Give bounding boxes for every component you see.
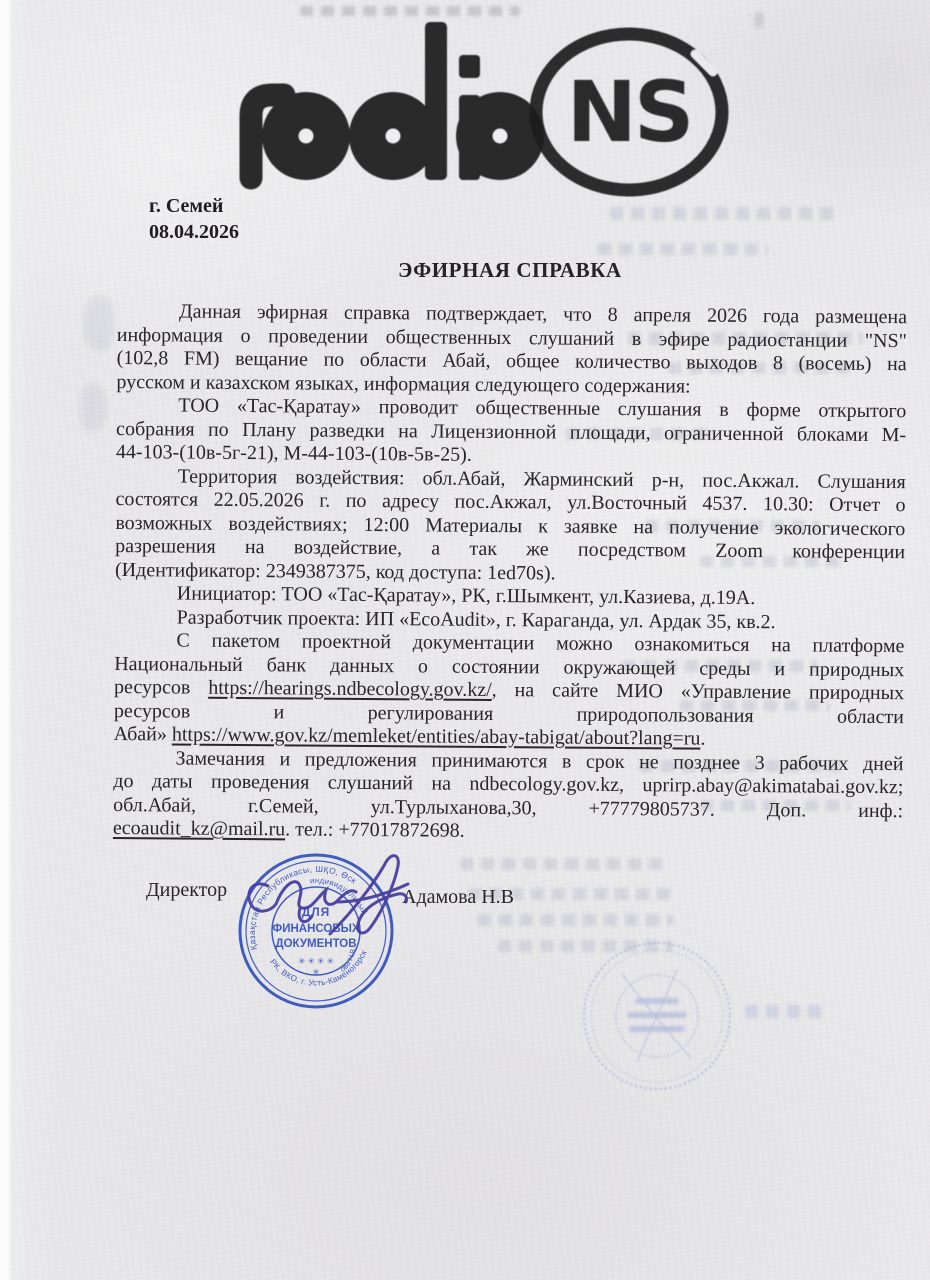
doc-header: г. Семей 08.04.2026 [149,193,239,245]
text-segment: . [700,728,705,750]
bleedthrough-smudge [84,296,114,351]
text-segment: Разработчик проекта: ИП «EcoAudit», г. К… [177,606,776,633]
bleedthrough-stamp-illegible-text [627,998,687,1032]
bleedthrough-stamp [577,936,737,1101]
radio-wordmark [251,22,544,180]
stamp-star: ✳ [312,967,319,977]
text-segment: Инициатор: ТОО «Тас-Қаратау», РК, г.Шымк… [177,582,756,609]
ns-badge-text: NS [567,63,692,161]
radio-ns-logo-svg: NS [200,10,740,220]
bleedthrough-smudge [80,384,106,432]
link-text[interactable]: https://hearings.ndbecology.gov.kz/ [208,677,492,701]
stamp-stars: ✳ ✳ ✳ ✳ [298,956,334,966]
doc-title: ЭФИРНАЯ СПРАВКА [115,258,905,283]
text-segment: русском и казахском языках, информация с… [116,371,690,398]
scan-edge-shadow [0,0,22,1280]
signoff-role: Директор [146,879,227,902]
doc-city: г. Семей [149,193,239,219]
bleedthrough-smudge [598,243,768,255]
ink-speck [755,12,763,28]
text-segment: , на сайте МИО «Управление природных [492,679,905,704]
document-body: Данная эфирная справка подтверждает, что… [113,300,907,847]
text-segment: . тел.: +77017872698. [285,818,465,841]
text-segment: (Идентификатор: 2349387375, код доступа:… [115,559,556,584]
radio-ns-logo: NS [200,10,740,220]
text-segment: Абай» [114,723,172,745]
link-text[interactable]: https://www.gov.kz/memleket/entities/aba… [172,723,701,749]
bleedthrough-smudge [460,858,670,870]
bleedthrough-smudge [745,1005,825,1018]
link-text[interactable]: ecoaudit_kz@mail.ru [113,817,285,840]
text-segment: ресурсов [114,676,208,699]
text-segment: 44-103-(10в-5г-21), М-44-103-(10в-5в-25)… [116,441,472,466]
doc-date: 08.04.2026 [149,219,239,245]
ns-badge: NS [536,34,722,190]
director-signature [230,840,450,955]
bleedthrough-smudge [478,914,673,926]
